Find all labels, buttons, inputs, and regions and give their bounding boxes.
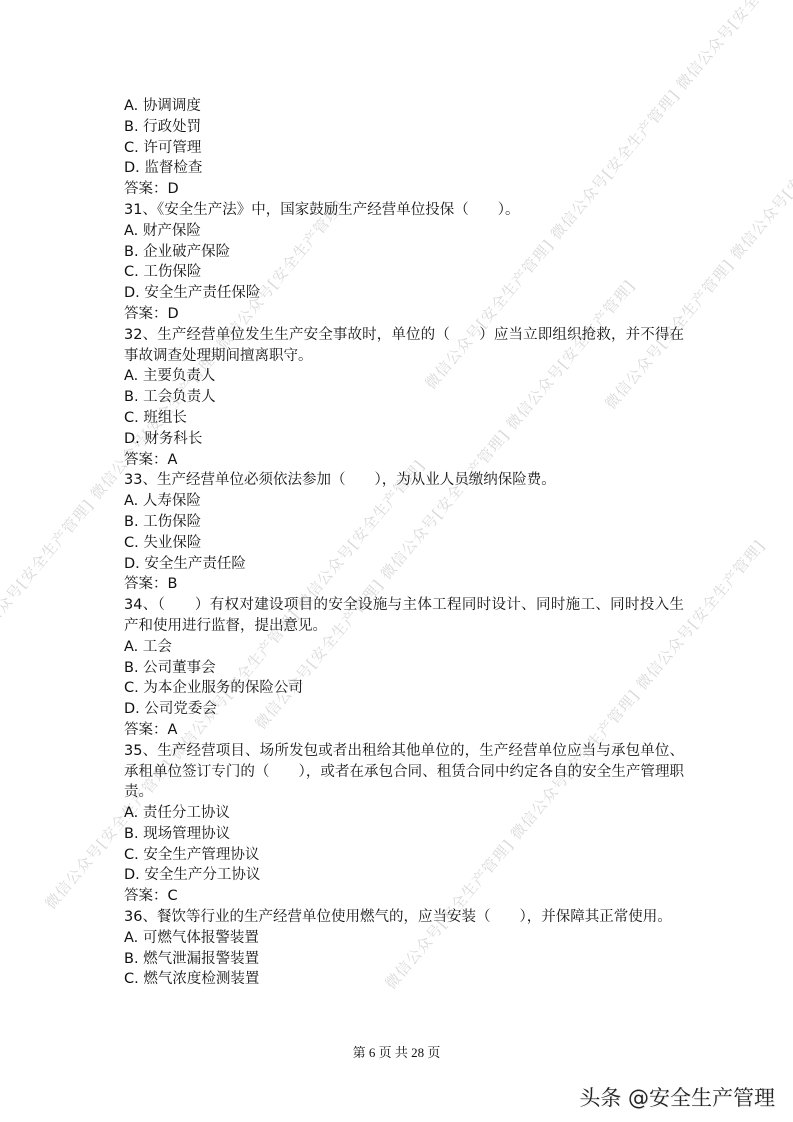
option-text: 工会 — [143, 639, 172, 655]
document-body: A. 协调调度 B. 行政处罚 C. 许可管理 D. 监督检查 答案：D 31、… — [124, 96, 684, 990]
option-line: C. 许可管理 — [124, 138, 684, 159]
answer-line: 答案：A — [124, 720, 684, 741]
option-line: D. 安全生产分工协议 — [124, 865, 684, 886]
option-line: B. 燃气泄漏报警装置 — [124, 949, 684, 970]
option-line: A. 主要负责人 — [124, 366, 684, 387]
option-key: D. — [124, 556, 140, 572]
option-text: 安全生产责任保险 — [144, 285, 260, 301]
option-line: B. 现场管理协议 — [124, 824, 684, 845]
option-key: A. — [124, 930, 138, 946]
option-key: A. — [124, 223, 138, 239]
option-key: A. — [124, 368, 138, 384]
option-text: 许可管理 — [143, 140, 201, 156]
option-key: B. — [124, 244, 139, 260]
option-key: B. — [124, 826, 139, 842]
option-line: D. 安全生产责任险 — [124, 554, 684, 575]
option-line: B. 行政处罚 — [124, 117, 684, 138]
option-key: B. — [124, 119, 139, 135]
option-text: 监督检查 — [144, 160, 202, 176]
option-key: A. — [124, 98, 138, 114]
option-line: D. 财务科长 — [124, 429, 684, 450]
option-key: A. — [124, 805, 138, 821]
option-key: D. — [124, 701, 140, 717]
question-33: 33、生产经营单位必须依法参加（ ），为从业人员缴纳保险费。 A. 人寿保险 B… — [124, 470, 684, 595]
option-text: 可燃气体报警装置 — [143, 930, 259, 946]
option-key: D. — [124, 431, 140, 447]
option-text: 安全生产分工协议 — [144, 867, 260, 883]
option-text: 公司董事会 — [143, 660, 216, 676]
option-text: 燃气泄漏报警装置 — [143, 951, 259, 967]
question-stem: 35、生产经营项目、场所发包或者出租给其他单位的，生产经营单位应当与承包单位、承… — [124, 741, 684, 803]
option-text: 工伤保险 — [143, 264, 201, 280]
option-line: A. 协调调度 — [124, 96, 684, 117]
option-line: C. 安全生产管理协议 — [124, 845, 684, 866]
question-stem: 33、生产经营单位必须依法参加（ ），为从业人员缴纳保险费。 — [124, 470, 684, 491]
answer-line: 答案：A — [124, 450, 684, 471]
option-text: 主要负责人 — [143, 368, 216, 384]
option-line: A. 财产保险 — [124, 221, 684, 242]
option-key: B. — [124, 951, 139, 967]
option-key: A. — [124, 493, 138, 509]
option-key: B. — [124, 660, 139, 676]
option-text: 人寿保险 — [143, 493, 201, 509]
option-key: C. — [124, 140, 139, 156]
answer-line: 答案：C — [124, 886, 684, 907]
option-key: D. — [124, 285, 140, 301]
option-text: 责任分工协议 — [143, 805, 230, 821]
option-line: B. 工会负责人 — [124, 387, 684, 408]
option-text: 企业破产保险 — [143, 244, 230, 260]
option-text: 财务科长 — [144, 431, 202, 447]
question-stem: 34、（ ）有权对建设项目的安全设施与主体工程同时设计、同时施工、同时投入生产和… — [124, 595, 684, 637]
option-key: C. — [124, 680, 139, 696]
option-key: C. — [124, 535, 139, 551]
option-line: B. 公司董事会 — [124, 658, 684, 679]
option-line: D. 监督检查 — [124, 158, 684, 179]
option-line: C. 燃气浓度检测装置 — [124, 969, 684, 990]
option-key: D. — [124, 867, 140, 883]
option-line: B. 工伤保险 — [124, 512, 684, 533]
brand-watermark: 头条 @安全生产管理 — [579, 1082, 775, 1112]
option-key: B. — [124, 514, 139, 530]
option-line: D. 安全生产责任保险 — [124, 283, 684, 304]
option-text: 工会负责人 — [143, 389, 216, 405]
question-31: 31、《安全生产法》中，国家鼓励生产经营单位投保（ ）。 A. 财产保险 B. … — [124, 200, 684, 325]
option-line: A. 工会 — [124, 637, 684, 658]
option-line: C. 工伤保险 — [124, 262, 684, 283]
option-key: C. — [124, 971, 139, 987]
option-text: 为本企业服务的保险公司 — [143, 680, 303, 696]
option-key: B. — [124, 389, 139, 405]
answer-line: 答案：D — [124, 304, 684, 325]
option-text: 班组长 — [143, 410, 187, 426]
answer-line: 答案：D — [124, 179, 684, 200]
question-36: 36、餐饮等行业的生产经营单位使用燃气的，应当安装（ ），并保障其正常使用。 A… — [124, 907, 684, 990]
question-32: 32、生产经营单位发生生产安全事故时，单位的（ ）应当立即组织抢救，并不得在事故… — [124, 325, 684, 471]
option-key: C. — [124, 847, 139, 863]
option-line: A. 人寿保险 — [124, 491, 684, 512]
option-text: 失业保险 — [143, 535, 201, 551]
option-line: A. 可燃气体报警装置 — [124, 928, 684, 949]
question-stem: 31、《安全生产法》中，国家鼓励生产经营单位投保（ ）。 — [124, 200, 684, 221]
question-stem: 32、生产经营单位发生生产安全事故时，单位的（ ）应当立即组织抢救，并不得在事故… — [124, 325, 684, 367]
option-line: D. 公司党委会 — [124, 699, 684, 720]
option-text: 安全生产管理协议 — [143, 847, 259, 863]
option-key: A. — [124, 639, 138, 655]
option-text: 安全生产责任险 — [144, 556, 246, 572]
lead-question-tail: A. 协调调度 B. 行政处罚 C. 许可管理 D. 监督检查 答案：D — [124, 96, 684, 200]
option-text: 协调调度 — [143, 98, 201, 114]
option-text: 财产保险 — [143, 223, 201, 239]
page-number-footer: 第 6 页 共 28 页 — [0, 1042, 793, 1061]
option-text: 公司党委会 — [144, 701, 217, 717]
question-35: 35、生产经营项目、场所发包或者出租给其他单位的，生产经营单位应当与承包单位、承… — [124, 741, 684, 907]
option-text: 工伤保险 — [143, 514, 201, 530]
option-line: B. 企业破产保险 — [124, 242, 684, 263]
option-text: 现场管理协议 — [143, 826, 230, 842]
option-text: 燃气浓度检测装置 — [143, 971, 259, 987]
option-line: A. 责任分工协议 — [124, 803, 684, 824]
option-key: D. — [124, 160, 140, 176]
option-line: C. 失业保险 — [124, 533, 684, 554]
option-text: 行政处罚 — [143, 119, 201, 135]
option-key: C. — [124, 410, 139, 426]
option-line: C. 班组长 — [124, 408, 684, 429]
option-line: C. 为本企业服务的保险公司 — [124, 678, 684, 699]
answer-line: 答案：B — [124, 574, 684, 595]
option-key: C. — [124, 264, 139, 280]
question-34: 34、（ ）有权对建设项目的安全设施与主体工程同时设计、同时施工、同时投入生产和… — [124, 595, 684, 741]
question-stem: 36、餐饮等行业的生产经营单位使用燃气的，应当安装（ ），并保障其正常使用。 — [124, 907, 684, 928]
